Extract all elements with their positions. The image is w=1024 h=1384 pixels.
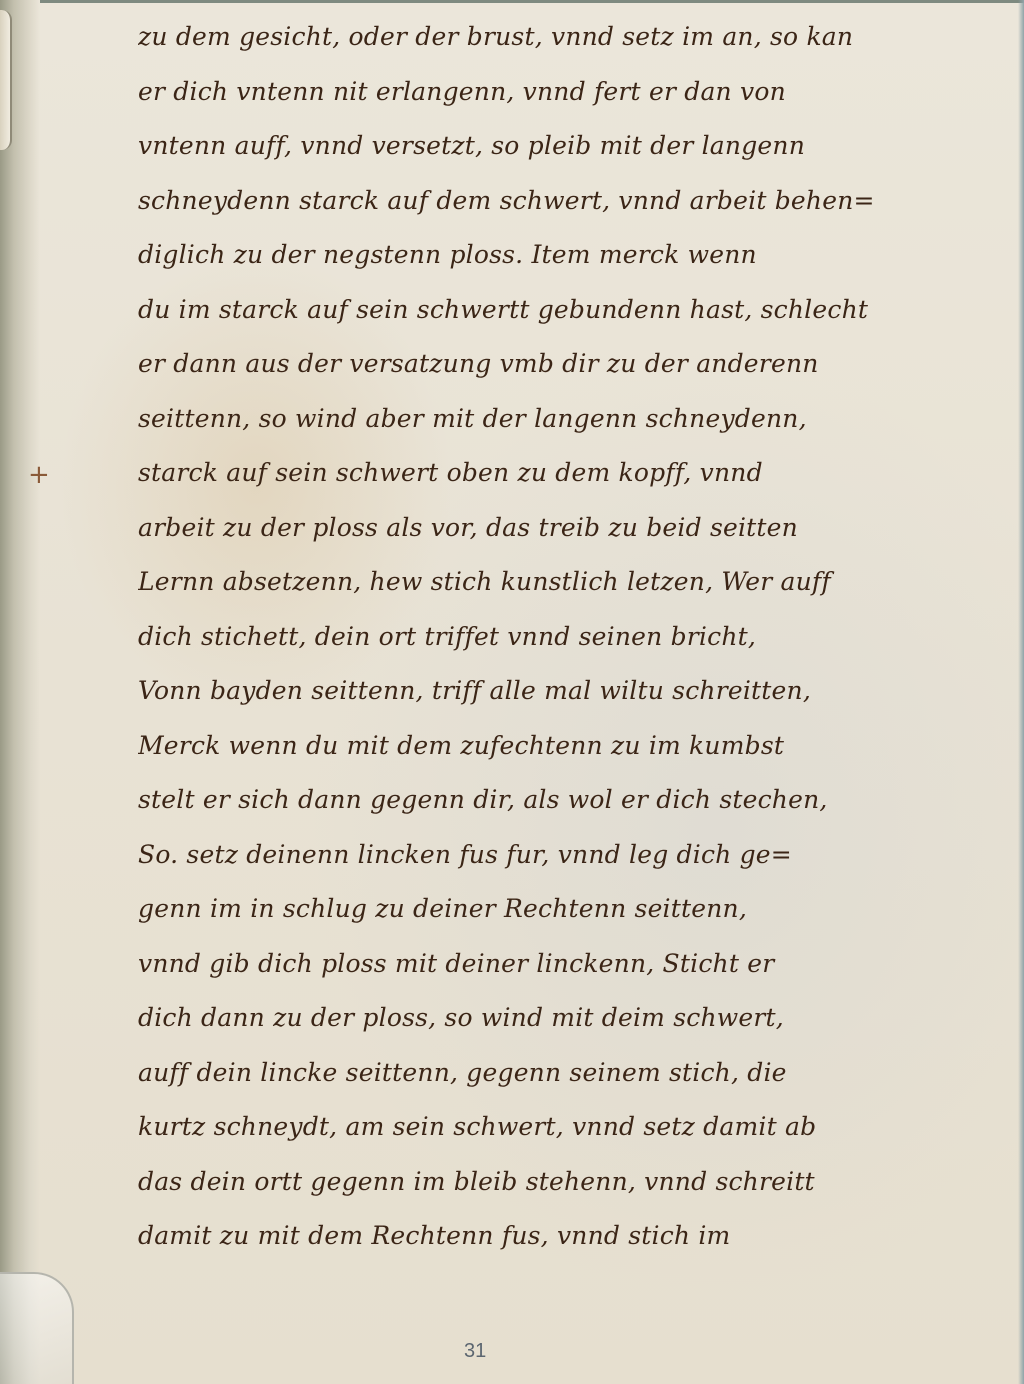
manuscript-page: + zu dem gesicht, oder der brust, vnnd s… [0, 0, 1024, 1384]
text-line: Vonn bayden seittenn, triff alle mal wil… [138, 664, 1018, 719]
text-line: stelt er sich dann gegenn dir, als wol e… [138, 773, 1018, 828]
text-line: genn im in schlug zu deiner Rechtenn sei… [138, 882, 1018, 937]
text-line: zu dem gesicht, oder der brust, vnnd set… [138, 10, 1018, 65]
binding-clip [0, 10, 12, 150]
text-line: das dein ortt gegenn im bleib stehenn, v… [138, 1155, 1018, 1210]
text-line: dich dann zu der ploss, so wind mit deim… [138, 991, 1018, 1046]
page-top-edge [40, 0, 1024, 3]
text-line: auff dein lincke seittenn, gegenn seinem… [138, 1046, 1018, 1101]
text-line: seittenn, so wind aber mit der langenn s… [138, 392, 1018, 447]
text-line: vnnd gib dich ploss mit deiner linckenn,… [138, 937, 1018, 992]
text-line: dich stichett, dein ort triffet vnnd sei… [138, 610, 1018, 665]
text-line: damit zu mit dem Rechtenn fus, vnnd stic… [138, 1209, 1018, 1264]
text-line: du im starck auf sein schwertt gebundenn… [138, 283, 1018, 338]
margin-cross-mark: + [28, 462, 50, 488]
handwritten-text-block: zu dem gesicht, oder der brust, vnnd set… [138, 10, 1018, 1264]
text-line: starck auf sein schwert oben zu dem kopf… [138, 446, 1018, 501]
text-line: er dich vntenn nit erlangenn, vnnd fert … [138, 65, 1018, 120]
text-line: kurtz schneydt, am sein schwert, vnnd se… [138, 1100, 1018, 1155]
text-line: arbeit zu der ploss als vor, das treib z… [138, 501, 1018, 556]
folio-number: 31 [464, 1340, 486, 1363]
text-line: vntenn auff, vnnd versetzt, so pleib mit… [138, 119, 1018, 174]
glass-page-weight [0, 1272, 74, 1384]
text-line: Lernn absetzenn, hew stich kunstlich let… [138, 555, 1018, 610]
binding-gutter [0, 0, 40, 1384]
text-line: diglich zu der negstenn ploss. Item merc… [138, 228, 1018, 283]
text-line: So. setz deinenn lincken fus fur, vnnd l… [138, 828, 1018, 883]
text-line: Merck wenn du mit dem zufechtenn zu im k… [138, 719, 1018, 774]
text-line: er dann aus der versatzung vmb dir zu de… [138, 337, 1018, 392]
text-line: schneydenn starck auf dem schwert, vnnd … [138, 174, 1018, 229]
page-right-edge [1018, 0, 1024, 1384]
